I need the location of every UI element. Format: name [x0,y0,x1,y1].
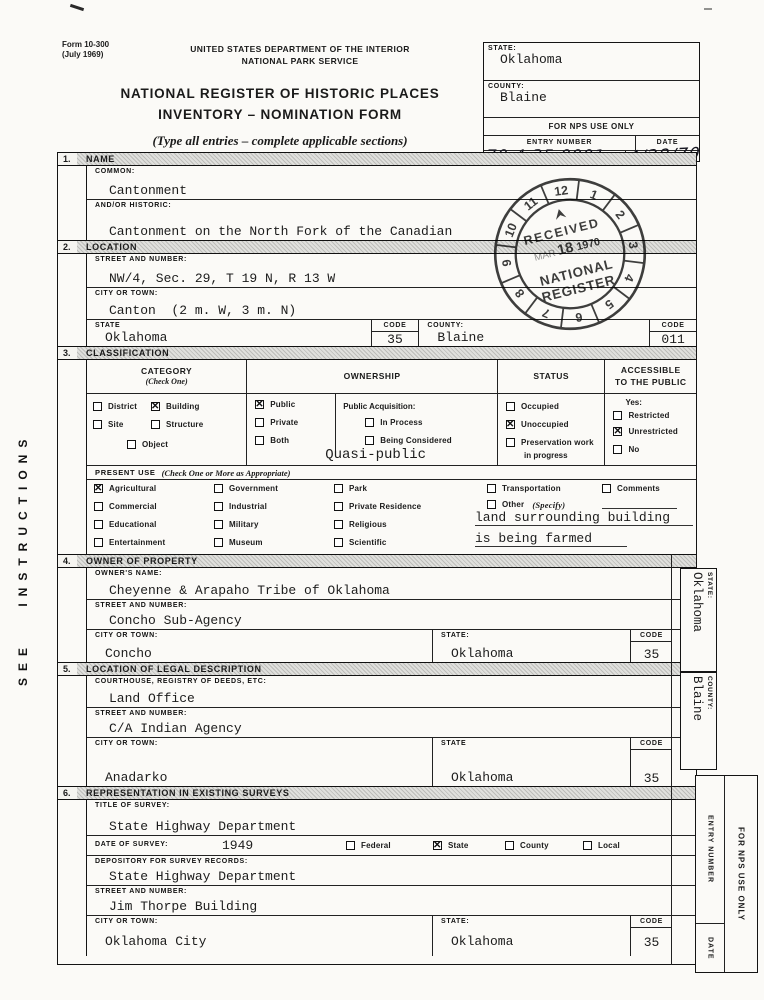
margin-date-label: DATE [707,937,714,960]
public-acquisition-label: Public Acquisition: [343,402,415,411]
form-number-line: Form 10-300 [62,40,109,50]
county-value: Blaine [488,90,695,105]
survey-street-field: STREET AND NUMBER: Jim Thorpe Building [87,886,696,916]
margin-date-cell: DATE [696,924,724,972]
county-code-value: 011 [650,332,696,347]
site-checkbox [93,420,102,429]
structure-label: Structure [166,420,203,429]
checkbox-park: Park [334,484,367,493]
stamp-arrow-icon [554,208,567,220]
svg-text:10: 10 [502,221,520,239]
status-cell: Occupied Unoccupied Preservation work in… [497,394,604,465]
museum-label: Museum [229,538,263,547]
depository-field: DEPOSITORY FOR SURVEY RECORDS: State Hig… [87,856,696,886]
accessible-yes-label: Yes: [625,398,641,407]
depository-value: State Highway Department [95,869,688,884]
survey-date-label: DATE OF SURVEY: [95,841,168,848]
checkbox-industrial: Industrial [214,502,267,511]
present-use-label: PRESENT USE [95,468,156,477]
unoccupied-checkbox [506,420,515,429]
survey-street-value: Jim Thorpe Building [95,899,688,914]
svg-text:12: 12 [553,183,569,199]
section-6-number: 6. [58,787,77,799]
preservation-label-line2: in progress [524,451,568,460]
category-cell: District Site Building Structure Object [87,394,246,465]
margin-county-value: Blaine [690,676,704,766]
in-process-label: In Process [380,418,422,427]
legal-code-cell: CODE 35 [630,738,672,786]
owner-street-label: STREET AND NUMBER: [95,602,688,609]
checkbox-museum: Museum [214,538,263,547]
checkbox-unrestricted: Unrestricted [613,427,678,436]
other-value-line-1: land surrounding building [475,510,693,526]
for-nps-use-only-label: FOR NPS USE ONLY [484,118,699,136]
survey-city-value: Oklahoma City [95,934,424,949]
stamp-center-text: RECEIVED MAR181970 NATIONAL REGISTER [518,200,618,306]
state-value: Oklahoma [488,52,695,67]
checkbox-in-process: In Process [365,418,422,427]
district-label: District [108,402,137,411]
margin-nps-box: ENTRY NUMBER DATE FOR NPS USE ONLY [695,775,758,973]
owner-city-label: CITY OR TOWN: [95,632,424,639]
status-head-text: STATUS [533,371,569,382]
owner-code-label: CODE [631,630,672,642]
comments-label: Comments [617,484,660,493]
depository-label: DEPOSITORY FOR SURVEY RECORDS: [95,858,688,865]
owner-city-value: Concho [95,646,424,661]
other-blank-line [602,508,677,509]
margin-nps-cell: FOR NPS USE ONLY [725,776,757,972]
scan-artifact [704,8,712,10]
legal-state-cell: STATE Oklahoma [432,738,630,786]
public-label: Public [270,400,295,409]
survey-code-value: 35 [631,928,672,956]
svg-text:4: 4 [621,272,637,284]
ownership-head-text: OWNERSHIP [344,371,401,382]
location-state-value: Oklahoma [95,330,363,345]
owner-state-value: Oklahoma [441,646,622,661]
location-state-label: STATE [95,322,363,329]
building-label: Building [166,402,200,411]
agency-line-2: NATIONAL PARK SERVICE [130,56,470,68]
survey-city-cell: CITY OR TOWN: Oklahoma City [87,916,432,956]
category-header: CATEGORY (Check One) [87,360,246,393]
survey-street-label: STREET AND NUMBER: [95,888,688,895]
survey-date-row: DATE OF SURVEY: 1949 Federal State Count… [87,836,696,856]
location-state-cell: STATE Oklahoma [87,320,371,346]
owner-city-state-row: CITY OR TOWN: Concho STATE: Oklahoma COD… [87,630,696,662]
received-date-stamp: 12 1 2 3 4 5 6 7 8 9 10 11 RECEIVED MAR1… [469,153,670,354]
svg-text:8: 8 [512,286,527,300]
svg-text:9: 9 [500,258,515,267]
site-label: Site [108,420,123,429]
legal-city-state-row: CITY OR TOWN: Anadarko STATE Oklahoma CO… [87,738,696,786]
checkbox-local-survey: Local [583,841,620,850]
form-number: Form 10-300 (July 1969) [62,40,109,61]
other-label: Other [502,500,524,509]
no-label: No [628,445,639,454]
margin-entry-label: ENTRY NUMBER [707,815,714,883]
scanned-form-page: Form 10-300 (July 1969) UNITED STATES DE… [0,0,764,1000]
courthouse-value: Land Office [95,691,688,706]
owner-code-value: 35 [631,642,672,662]
legal-code-value: 35 [631,750,672,786]
private-residence-checkbox [334,502,343,511]
comments-checkbox [602,484,611,493]
in-process-checkbox [365,418,374,427]
occupied-label: Occupied [521,402,559,411]
owner-name-value: Cheyenne & Arapaho Tribe of Oklahoma [95,583,688,598]
building-checkbox [151,402,160,411]
accessible-cell: Yes: Restricted Unrestricted No [604,394,696,465]
entertainment-label: Entertainment [109,538,165,547]
state-survey-checkbox [433,841,442,850]
checkbox-entertainment: Entertainment [94,538,165,547]
other-value-line-2: is being farmed [475,531,627,547]
ownership-cell: Public Private Both Public Acquisition: … [246,394,497,465]
county-label: COUNTY: [488,83,695,90]
object-checkbox [127,440,136,449]
survey-code-label: CODE [631,916,672,928]
restricted-label: Restricted [628,411,669,420]
section-5-number: 5. [58,663,77,675]
ownership-header: OWNERSHIP [246,360,497,393]
unoccupied-label: Unoccupied [521,420,569,429]
quasi-public-note: Quasi-public [325,447,426,463]
object-label: Object [142,440,168,449]
ownership-divider [335,394,336,451]
classification-body-row: District Site Building Structure Object … [87,394,696,466]
no-checkbox [613,445,622,454]
courthouse-field: COURTHOUSE, REGISTRY OF DEEDS, ETC: Land… [87,676,696,708]
unrestricted-label: Unrestricted [628,427,678,436]
section-1-number: 1. [58,153,77,165]
section-2-title: LOCATION [77,241,137,253]
present-use-header: PRESENT USE (Check One or More as Approp… [87,466,696,480]
both-label: Both [270,436,289,445]
checkbox-educational: Educational [94,520,157,529]
category-head-text: CATEGORY [141,366,192,377]
legal-city-cell: CITY OR TOWN: Anadarko [87,738,432,786]
commercial-label: Commercial [109,502,157,511]
private-checkbox [255,418,264,427]
section-3-title: CLASSIFICATION [77,347,169,359]
survey-row-gutter [672,916,696,956]
survey-state-label: STATE: [441,918,622,925]
being-considered-checkbox [365,436,374,445]
military-checkbox [214,520,223,529]
legal-city-label: CITY OR TOWN: [95,740,424,747]
state-label: STATE: [488,45,695,52]
survey-code-cell: CODE 35 [630,916,672,956]
industrial-label: Industrial [229,502,267,511]
survey-title-label: TITLE OF SURVEY: [95,802,688,809]
military-label: Military [229,520,259,529]
checkbox-government: Government [214,484,278,493]
right-gutter-line [671,554,672,965]
checkbox-building: Building [151,402,200,411]
present-use-note: (Check One or More as Appropriate) [162,468,291,478]
government-label: Government [229,484,278,493]
section-4-fields: OWNER'S NAME: Cheyenne & Arapaho Tribe o… [86,568,696,662]
section-5-title: LOCATION OF LEGAL DESCRIPTION [77,663,262,675]
survey-state-cell: STATE: Oklahoma [432,916,630,956]
owner-name-label: OWNER'S NAME: [95,570,688,577]
svg-text:7: 7 [540,305,552,321]
legal-code-label: CODE [631,738,672,750]
section-4-title: OWNER OF PROPERTY [77,555,198,567]
accessible-header: ACCESSIBLE TO THE PUBLIC [604,360,696,393]
survey-title-value: State Highway Department [95,819,688,834]
section-4-number: 4. [58,555,77,567]
form-date-line: (July 1969) [62,50,109,60]
commercial-checkbox [94,502,103,511]
checkbox-comments: Comments [602,484,660,493]
present-use-col-1: Agricultural Commercial Educational Ente… [94,480,214,554]
margin-county-label: COUNTY: [706,676,713,766]
checkbox-unoccupied: Unoccupied [506,420,569,429]
entertainment-checkbox [94,538,103,547]
transportation-checkbox [487,484,496,493]
other-note: (Specify) [532,500,565,510]
section-5-fields: COURTHOUSE, REGISTRY OF DEEDS, ETC: Land… [86,676,696,786]
preservation-label: Preservation work [521,438,594,447]
park-label: Park [349,484,367,493]
svg-text:5: 5 [602,297,616,312]
margin-state-label: STATE: [706,572,713,668]
unrestricted-checkbox [613,427,622,436]
see-instructions-note: SEE INSTRUCTIONS [16,350,30,686]
public-checkbox [255,400,264,409]
agricultural-checkbox [94,484,103,493]
survey-city-state-row: CITY OR TOWN: Oklahoma City STATE: Oklah… [87,916,696,956]
svg-text:6: 6 [574,310,583,325]
checkbox-agricultural: Agricultural [94,484,156,493]
category-head-note: (Check One) [146,377,188,387]
scientific-checkbox [334,538,343,547]
svg-text:3: 3 [626,241,641,250]
park-checkbox [334,484,343,493]
museum-checkbox [214,538,223,547]
survey-city-label: CITY OR TOWN: [95,918,424,925]
owner-state-label: STATE: [441,632,622,639]
checkbox-religious: Religious [334,520,387,529]
section-bar-surveys: 6. REPRESENTATION IN EXISTING SURVEYS [58,786,696,800]
owner-street-field: STREET AND NUMBER: Concho Sub-Agency [87,600,696,630]
margin-state-box: STATE: Oklahoma [680,568,717,672]
checkbox-occupied: Occupied [506,402,559,411]
checkbox-military: Military [214,520,259,529]
county-survey-label: County [520,841,549,850]
legal-street-value: C/A Indian Agency [95,721,688,736]
structure-checkbox [151,420,160,429]
checkbox-both: Both [255,436,289,445]
section-3-fields: CATEGORY (Check One) OWNERSHIP STATUS AC… [86,360,696,554]
location-state-code-cell: CODE 35 [371,320,419,346]
survey-state-value: Oklahoma [441,934,622,949]
owner-code-cell: CODE 35 [630,630,672,662]
legal-city-value: Anadarko [95,770,424,785]
margin-nps-label: FOR NPS USE ONLY [737,827,746,921]
nps-use-box: STATE: Oklahoma COUNTY: Blaine FOR NPS U… [483,42,700,162]
checkbox-commercial: Commercial [94,502,157,511]
margin-state-value: Oklahoma [690,572,704,668]
agency-line-1: UNITED STATES DEPARTMENT OF THE INTERIOR [130,44,470,56]
local-survey-checkbox [583,841,592,850]
section-3-number: 3. [58,347,77,359]
status-header: STATUS [497,360,604,393]
legal-street-label: STREET AND NUMBER: [95,710,688,717]
accessible-head-text1: ACCESSIBLE [621,365,681,376]
checkbox-being-considered: Being Considered [365,436,452,445]
state-survey-label: State [448,841,469,850]
preservation-checkbox [506,438,515,447]
checkbox-preservation: Preservation work [506,438,594,447]
checkbox-state-survey: State [433,841,469,850]
svg-text:1: 1 [588,187,600,203]
present-use-body: Agricultural Commercial Educational Ente… [87,480,696,554]
checkbox-county-survey: County [505,841,549,850]
margin-entry-cell: ENTRY NUMBER [696,776,724,924]
educational-label: Educational [109,520,157,529]
owner-name-field: OWNER'S NAME: Cheyenne & Arapaho Tribe o… [87,568,696,600]
religious-checkbox [334,520,343,529]
county-survey-checkbox [505,841,514,850]
checkbox-private: Private [255,418,298,427]
checkbox-private-residence: Private Residence [334,502,421,511]
federal-checkbox [346,841,355,850]
margin-entry-date-col: ENTRY NUMBER DATE [696,776,725,972]
private-label: Private [270,418,298,427]
agency-header: UNITED STATES DEPARTMENT OF THE INTERIOR… [130,44,470,68]
checkbox-no: No [613,445,639,454]
accessible-head-text2: TO THE PUBLIC [615,377,687,388]
checkbox-scientific: Scientific [334,538,387,547]
other-checkbox [487,500,496,509]
scan-artifact [70,4,84,11]
state-field: STATE: Oklahoma [484,43,699,81]
scientific-label: Scientific [349,538,387,547]
government-checkbox [214,484,223,493]
legal-state-label: STATE [441,740,622,747]
margin-county-box: COUNTY: Blaine [680,672,717,770]
federal-label: Federal [361,841,391,850]
type-instruction: (Type all entries – complete applicable … [75,133,485,149]
checkbox-site: Site [93,420,123,429]
owner-city-cell: CITY OR TOWN: Concho [87,630,432,662]
title-line-2: INVENTORY – NOMINATION FORM [75,105,485,126]
both-checkbox [255,436,264,445]
private-residence-label: Private Residence [349,502,421,511]
survey-date-value: 1949 [222,838,253,853]
agricultural-label: Agricultural [109,484,156,493]
transportation-label: Transportation [502,484,561,493]
survey-title-field: TITLE OF SURVEY: State Highway Departmen… [87,800,696,836]
section-bar-legal: 5. LOCATION OF LEGAL DESCRIPTION [58,662,696,676]
section-2-number: 2. [58,241,77,253]
religious-label: Religious [349,520,387,529]
present-use-right: Transportation Comments Other(Specify) l… [447,480,696,554]
state-code-value: 35 [372,332,419,347]
district-checkbox [93,402,102,411]
section-6-fields: TITLE OF SURVEY: State Highway Departmen… [86,800,696,956]
legal-street-field: STREET AND NUMBER: C/A Indian Agency [87,708,696,738]
section-1-title: NAME [77,153,115,165]
owner-street-value: Concho Sub-Agency [95,613,688,628]
checkbox-district: District [93,402,137,411]
section-6-title: REPRESENTATION IN EXISTING SURVEYS [77,787,289,799]
state-code-label: CODE [372,320,419,332]
courthouse-label: COURTHOUSE, REGISTRY OF DEEDS, ETC: [95,678,688,685]
county-field: COUNTY: Blaine [484,81,699,118]
svg-text:2: 2 [613,208,628,222]
industrial-checkbox [214,502,223,511]
occupied-checkbox [506,402,515,411]
section-bar-classification: 3. CLASSIFICATION [58,346,696,360]
checkbox-other: Other(Specify) [487,500,565,510]
page-title: NATIONAL REGISTER OF HISTORIC PLACES INV… [75,84,485,126]
being-considered-label: Being Considered [380,436,452,445]
checkbox-federal: Federal [346,841,391,850]
educational-checkbox [94,520,103,529]
restricted-checkbox [613,411,622,420]
present-use-col-2: Government Industrial Military Museum [214,480,334,554]
owner-state-cell: STATE: Oklahoma [432,630,630,662]
checkbox-restricted: Restricted [613,411,669,420]
checkbox-object: Object [127,440,168,449]
section-bar-owner: 4. OWNER OF PROPERTY [58,554,696,568]
present-use-col-3: Park Private Residence Religious Scienti… [334,480,447,554]
checkbox-public: Public [255,400,295,409]
classification-header-row: CATEGORY (Check One) OWNERSHIP STATUS AC… [87,360,696,394]
checkbox-structure: Structure [151,420,203,429]
local-survey-label: Local [598,841,620,850]
title-line-1: NATIONAL REGISTER OF HISTORIC PLACES [75,84,485,105]
legal-state-value: Oklahoma [441,770,622,785]
checkbox-transportation: Transportation [487,484,561,493]
